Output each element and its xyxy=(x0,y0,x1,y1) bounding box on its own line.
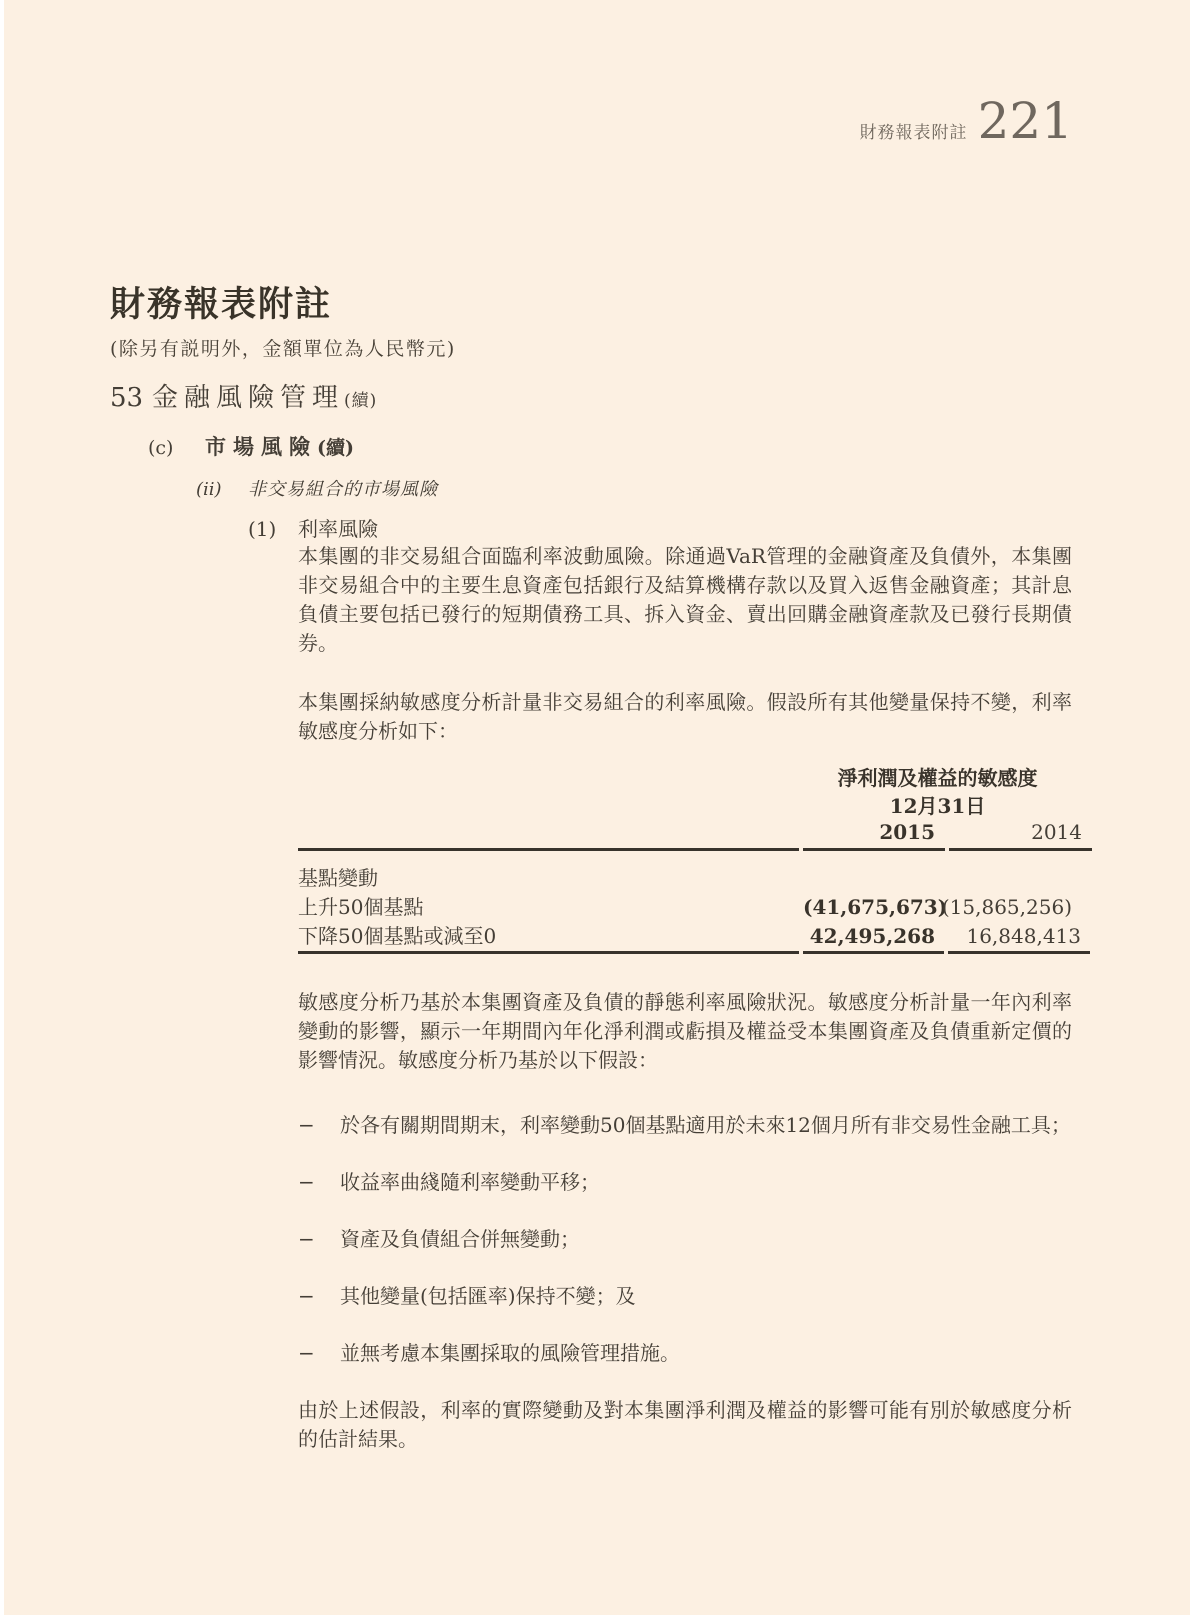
table-spacer-cell xyxy=(298,792,799,820)
item-1-label: (1) xyxy=(248,517,298,542)
running-header: 財務報表附註 221 xyxy=(860,96,1073,146)
list-item-text: 並無考慮本集團採取的風險管理措施。 xyxy=(340,1339,1072,1368)
dash-bullet-marker: − xyxy=(298,1168,340,1197)
table-group-header: 淨利潤及權益的敏感度 xyxy=(803,764,1072,792)
subsection-ii-title: 非交易組合的市場風險 xyxy=(248,477,438,503)
table-value-2015: 42,495,268 xyxy=(803,922,944,954)
table-row: 基點變動 xyxy=(298,864,1072,893)
paragraph-sensitivity-basis: 敏感度分析乃基於本集團資產及負債的靜態利率風險狀況。敏感度分析計量一年內利率變動… xyxy=(298,988,1072,1075)
subsection-c-label: (c) xyxy=(148,433,205,463)
paragraph-sensitivity-method: 本集團採納敏感度分析計量非交易組合的利率風險。假設所有其他變量保持不變，利率敏感… xyxy=(298,688,1072,746)
page-left-edge xyxy=(0,0,4,1615)
list-item: − 收益率曲綫隨利率變動平移； xyxy=(298,1168,1072,1197)
subsection-c-heading: (c) 市場風險 (續) xyxy=(148,432,1072,463)
section-number: 53 xyxy=(110,381,152,415)
table-row-label: 下降50個基點或減至0 xyxy=(298,922,799,954)
assumption-list: − 於各有關期間期末，利率變動50個基點適用於未來12個月所有非交易性金融工具；… xyxy=(298,1111,1072,1368)
document-title: 財務報表附註 xyxy=(110,285,1072,325)
document-subtitle: (除另有説明外，金額單位為人民幣元) xyxy=(110,335,1072,363)
section-53-heading: 53 金融風險管理 (續) xyxy=(110,381,1072,418)
paragraph-interest-rate-intro: 本集團的非交易組合面臨利率波動風險。除通過VaR管理的金融資產及負債外，本集團非… xyxy=(298,542,1072,658)
table-value-2014 xyxy=(939,864,1072,893)
list-item-text: 收益率曲綫隨利率變動平移； xyxy=(340,1168,1072,1197)
table-year-2015: 2015 xyxy=(803,820,945,851)
list-item: − 於各有關期間期末，利率變動50個基點適用於未來12個月所有非交易性金融工具； xyxy=(298,1111,1072,1140)
list-item-text: 於各有關期間期末，利率變動50個基點適用於未來12個月所有非交易性金融工具； xyxy=(340,1111,1072,1140)
table-spacer-cell xyxy=(298,820,799,851)
table-date-header: 12月31日 xyxy=(803,792,1072,820)
table-row: 上升50個基點 (41,675,673) (15,865,256) xyxy=(298,893,1072,922)
table-date-header-row: 12月31日 xyxy=(298,792,1072,820)
table-group-header-row: 淨利潤及權益的敏感度 xyxy=(298,764,1072,792)
page-content: 財務報表附註 (除另有説明外，金額單位為人民幣元) 53 金融風險管理 (續) … xyxy=(110,285,1072,1454)
subsection-c-continued-tag: (續) xyxy=(317,433,354,463)
running-header-label: 財務報表附註 xyxy=(860,118,968,143)
table-row-label: 基點變動 xyxy=(298,864,799,893)
table-value-2014: (15,865,256) xyxy=(939,893,1072,922)
table-year-2014: 2014 xyxy=(949,820,1092,851)
table-value-2015 xyxy=(803,864,935,893)
list-item-text: 資產及負債組合併無變動； xyxy=(340,1225,1072,1254)
list-item-text: 其他變量(包括匯率)保持不變；及 xyxy=(340,1282,1072,1311)
dash-bullet-marker: − xyxy=(298,1282,340,1311)
dash-bullet-marker: − xyxy=(298,1111,340,1140)
table-value-2014: 16,848,413 xyxy=(948,922,1090,954)
paragraph-conclusion: 由於上述假設，利率的實際變動及對本集團淨利潤及權益的影響可能有別於敏感度分析的估… xyxy=(298,1396,1072,1454)
item-1-title: 利率風險 xyxy=(298,517,1072,542)
section-continued-tag: (續) xyxy=(344,384,377,418)
list-item: − 資產及負債組合併無變動； xyxy=(298,1225,1072,1254)
table-row-label: 上升50個基點 xyxy=(298,893,799,922)
table-row: 下降50個基點或減至0 42,495,268 16,848,413 xyxy=(298,922,1072,954)
subsection-ii-label: (ii) xyxy=(196,477,248,503)
dash-bullet-marker: − xyxy=(298,1339,340,1368)
subsection-c-title: 市場風險 xyxy=(205,432,317,462)
page-number: 221 xyxy=(978,96,1073,146)
subsection-ii-heading: (ii) 非交易組合的市場風險 xyxy=(196,477,1072,503)
table-value-2015: (41,675,673) xyxy=(803,893,935,922)
item-1-block: (1) 利率風險 本集團的非交易組合面臨利率波動風險。除通過VaR管理的金融資產… xyxy=(248,517,1072,1454)
report-page: 財務報表附註 221 財務報表附註 (除另有説明外，金額單位為人民幣元) 53 … xyxy=(0,0,1190,1615)
section-title: 金融風險管理 xyxy=(152,381,344,415)
list-item: − 其他變量(包括匯率)保持不變；及 xyxy=(298,1282,1072,1311)
item-1-body: 利率風險 本集團的非交易組合面臨利率波動風險。除通過VaR管理的金融資產及負債外… xyxy=(298,517,1072,1454)
table-year-header-row: 2015 2014 xyxy=(298,820,1072,851)
table-spacer-cell xyxy=(298,764,799,792)
sensitivity-table: 淨利潤及權益的敏感度 12月31日 2015 2014 基點變動 xyxy=(298,764,1072,954)
list-item: − 並無考慮本集團採取的風險管理措施。 xyxy=(298,1339,1072,1368)
dash-bullet-marker: − xyxy=(298,1225,340,1254)
